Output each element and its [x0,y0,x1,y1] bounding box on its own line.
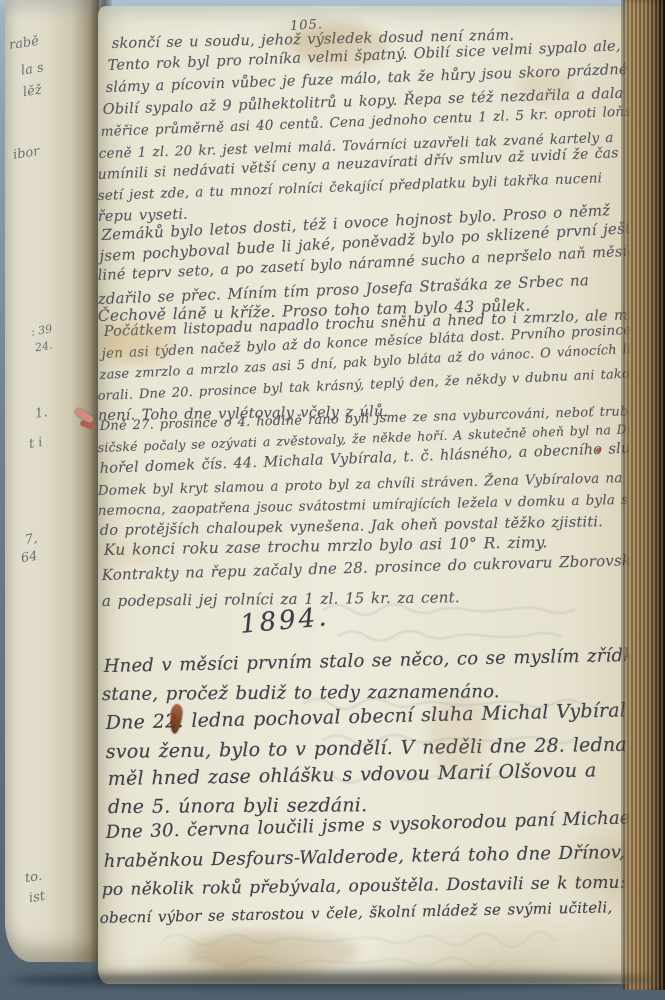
paper-stain [428,694,488,774]
left-page-text-fragment: 7, [24,531,39,548]
left-page-text-fragment: rabě [8,34,40,54]
manuscript-page: 105. skončí se u soudu, jehož výsledek d… [98,6,643,984]
manuscript-line: obecní výbor se starostou v čele, školní… [100,898,613,927]
left-page-text-fragment: 1. [34,405,49,422]
photo-of-chronicle-page: rabě la s lěž ibor : 39 24. 1. t i 7, 64… [0,0,665,1000]
binding-thread-strand [79,420,96,431]
left-page-text-fragment: lěž [22,83,43,101]
paper-stain [104,324,174,366]
binding-thread [72,406,102,442]
paper-stain [293,24,388,69]
manuscript-line: Hned v měsíci prvním stalo se něco, co s… [104,645,643,677]
book-bottom-shadow [10,972,655,988]
year-heading: 1894. [239,602,331,640]
left-page-text-fragment: la s [20,60,45,78]
left-page-text-fragment: to. [24,869,43,886]
left-page-text-fragment: : 39 [30,322,53,338]
left-page-text-fragment: ist [28,889,46,906]
manuscript-line: dne 5. února byli sezdáni. [108,794,368,818]
left-page-text-fragment: 24. [34,339,53,355]
left-page-text-fragment: t i [28,435,44,452]
previous-page-edge: rabě la s lěž ibor : 39 24. 1. t i 7, 64… [5,0,99,962]
paper-stain [188,931,358,973]
left-page-text-fragment: ibor [12,144,41,163]
red-ink-dot [596,448,601,453]
manuscript-line: hraběnkou Desfours-Walderode, která toho… [104,841,643,872]
paper-stain [518,72,573,102]
left-page-text-fragment: 64 [20,549,39,566]
book-fore-edge [621,0,665,990]
manuscript-line: po několik roků přebývala, opouštěla. Do… [102,873,626,900]
